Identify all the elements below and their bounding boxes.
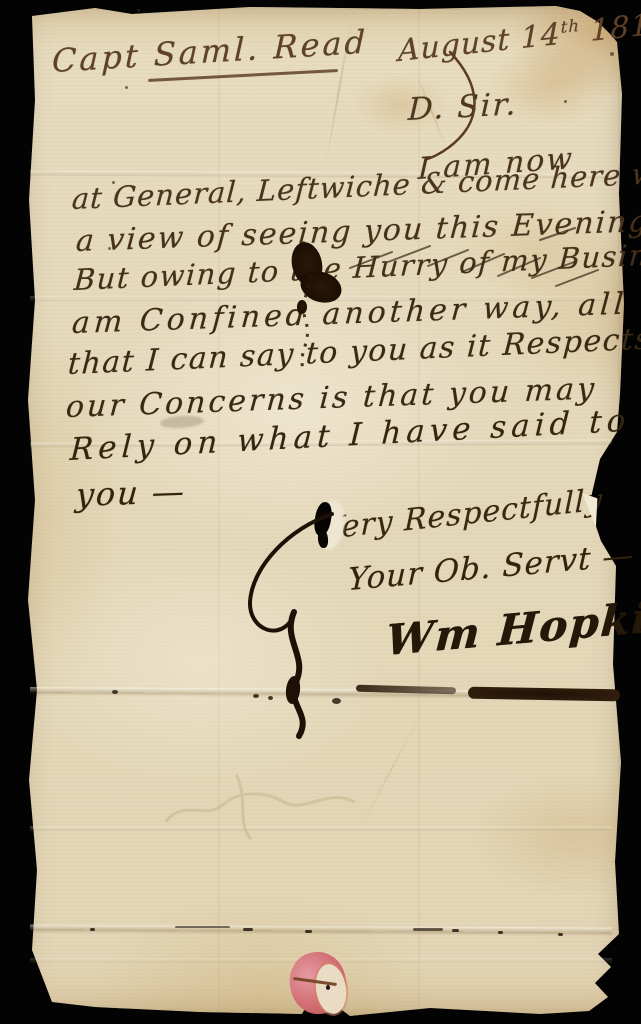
ink-speck	[125, 86, 128, 89]
ink-speck	[112, 181, 115, 184]
ink-speck	[564, 100, 567, 103]
ink-speck	[137, 9, 140, 12]
wax-seal	[290, 950, 352, 1018]
ghost-writing-showthrough	[0, 0, 641, 1024]
ink-speck	[610, 52, 614, 56]
ink-speck	[108, 247, 111, 250]
photo-backdrop: Capt Saml. Read August 14th 1819 D. Sir.…	[0, 0, 641, 1024]
wax-seal-dot	[326, 985, 330, 990]
